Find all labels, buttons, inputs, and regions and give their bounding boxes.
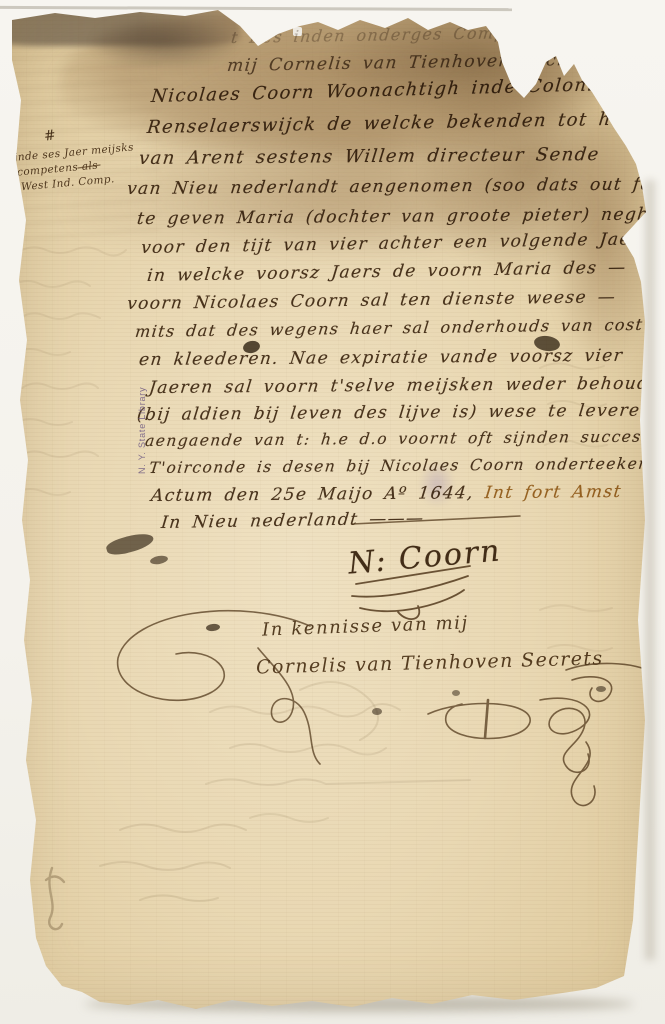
page-side-shadow	[645, 180, 655, 960]
ink-blot	[452, 690, 460, 696]
ink-blot	[596, 686, 606, 692]
paper-sheet: t Bes inden onderges Compa mij Cornelis …	[0, 0, 665, 1024]
scan-edge-artifact	[0, 6, 512, 11]
scanned-document: t Bes inden onderges Compa mij Cornelis …	[0, 0, 665, 1024]
ink-layer: t Bes inden onderges Compa mij Cornelis …	[0, 0, 665, 1024]
ink-blot	[372, 708, 382, 715]
library-stamp: N. Y. State Library	[137, 352, 152, 474]
pen-flourishes	[0, 0, 665, 1024]
ink-spot	[474, 18, 481, 25]
